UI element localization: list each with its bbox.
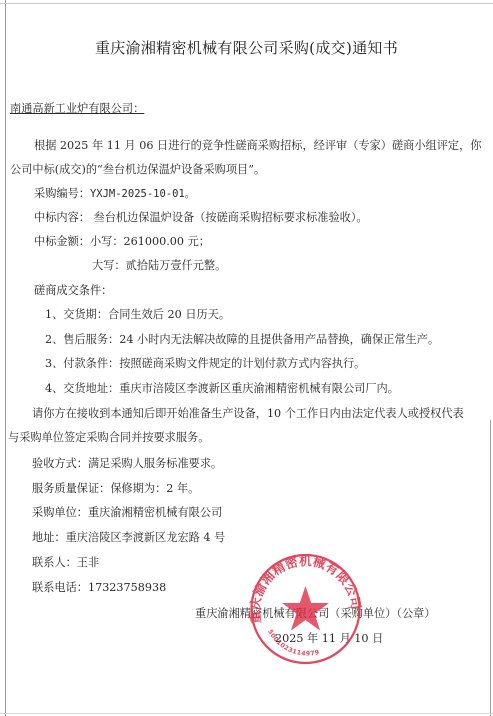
condition-item: 3、付款条件：按照磋商采购文件规定的计划付款方式内容执行。 [45,355,365,371]
addressee-colon: ： [133,102,144,115]
buyer-value: 重庆渝湘精密机械有限公司 [88,506,222,519]
buyer: 采购单位：重庆渝湘精密机械有限公司 [32,504,222,520]
warranty: 服务质量保证：保修期为：2 年。 [32,480,199,496]
procurement-number-label: 采购编号： [34,187,90,200]
buyer-label: 采购单位： [32,506,88,519]
bid-content-value: 叁台机边保温炉设备（按磋商采购招标要求标准验收）。 [90,211,368,224]
contact-value: 王非 [77,556,99,569]
bid-amount: 中标金额：小写：261000.00 元； [34,233,210,249]
bid-content: 中标内容： 叁台机边保温炉设备（按磋商采购招标要求标准验收）。 [34,209,368,225]
condition-item: 4、交货地址：重庆市涪陵区李渡新区重庆渝湘精密机械有限公司厂内。 [45,380,399,396]
procurement-number-value: YXJM-2025-10-01。 [90,188,195,200]
warranty-label: 服务质量保证： [32,482,110,495]
condition-item: 2、售后服务：24 小时内无法解决故障的且提供备用产品替换，确保正常生产。 [45,331,439,347]
document-title: 重庆渝湘精密机械有限公司采购(成交)通知书 [0,37,493,58]
scan-edge-top [0,3,493,4]
request-line-1: 请你方在接收到本通知后即开始准备生产设备，10 个工作日内由法定代表人或授权代表 [32,405,464,421]
signature-line: 重庆渝湘精密机械有限公司（采购单位）（公章） [195,605,436,621]
address: 地址：重庆涪陵区李渡新区龙宏路 4 号 [32,529,225,545]
bid-content-label: 中标内容： [34,211,90,224]
condition-item: 1、交货期：合同生效后 20 日历天。 [45,306,230,322]
bid-amount-label: 中标金额： [34,235,90,248]
request-line-2: 与采购单位签定采购合同并按要求服务。 [8,429,209,445]
warranty-value: 保修期为：2 年。 [110,482,199,495]
addressee-name: 南通高新工业炉有限公司 [10,102,133,115]
contact-person: 联系人：王非 [32,554,99,570]
conditions-heading: 磋商成交条件： [34,282,112,298]
contact-label: 联系人： [32,556,77,569]
address-value: 重庆涪陵区李渡新区龙宏路 4 号 [66,531,226,544]
acceptance-label: 验收方式： [32,457,88,470]
phone-value: 17323758938 [88,581,166,594]
acceptance-method: 验收方式：满足采购人服务标准要求。 [32,455,222,471]
contact-phone: 联系电话：17323758938 [32,579,166,595]
addressee: 南通高新工业炉有限公司： [10,100,144,116]
scan-edge-bottom [0,713,493,714]
phone-label: 联系电话： [32,581,88,594]
intro-line-1: 根据 2025 年 11 月 06 日进行的竞争性磋商采购招标，经评审（专家）磋… [34,137,481,153]
scan-edge-left [5,0,6,716]
acceptance-value: 满足采购人服务标准要求。 [88,457,222,470]
procurement-number: 采购编号：YXJM-2025-10-01。 [34,185,195,201]
bid-amount-upper: 大写：贰拾陆万壹仟元整。 [92,257,226,273]
signature-date: 2025 年 11 月 10 日 [275,630,383,646]
intro-line-2: 公司中标(成交)的“叁台机边保温炉设备采购项目”。 [10,161,265,177]
scan-edge-right [490,420,491,716]
address-label: 地址： [32,531,66,544]
notice-document: 重庆渝湘精密机械有限公司采购(成交)通知书 南通高新工业炉有限公司： 根据 20… [0,0,493,716]
bid-amount-lower: 小写：261000.00 元； [90,235,210,248]
